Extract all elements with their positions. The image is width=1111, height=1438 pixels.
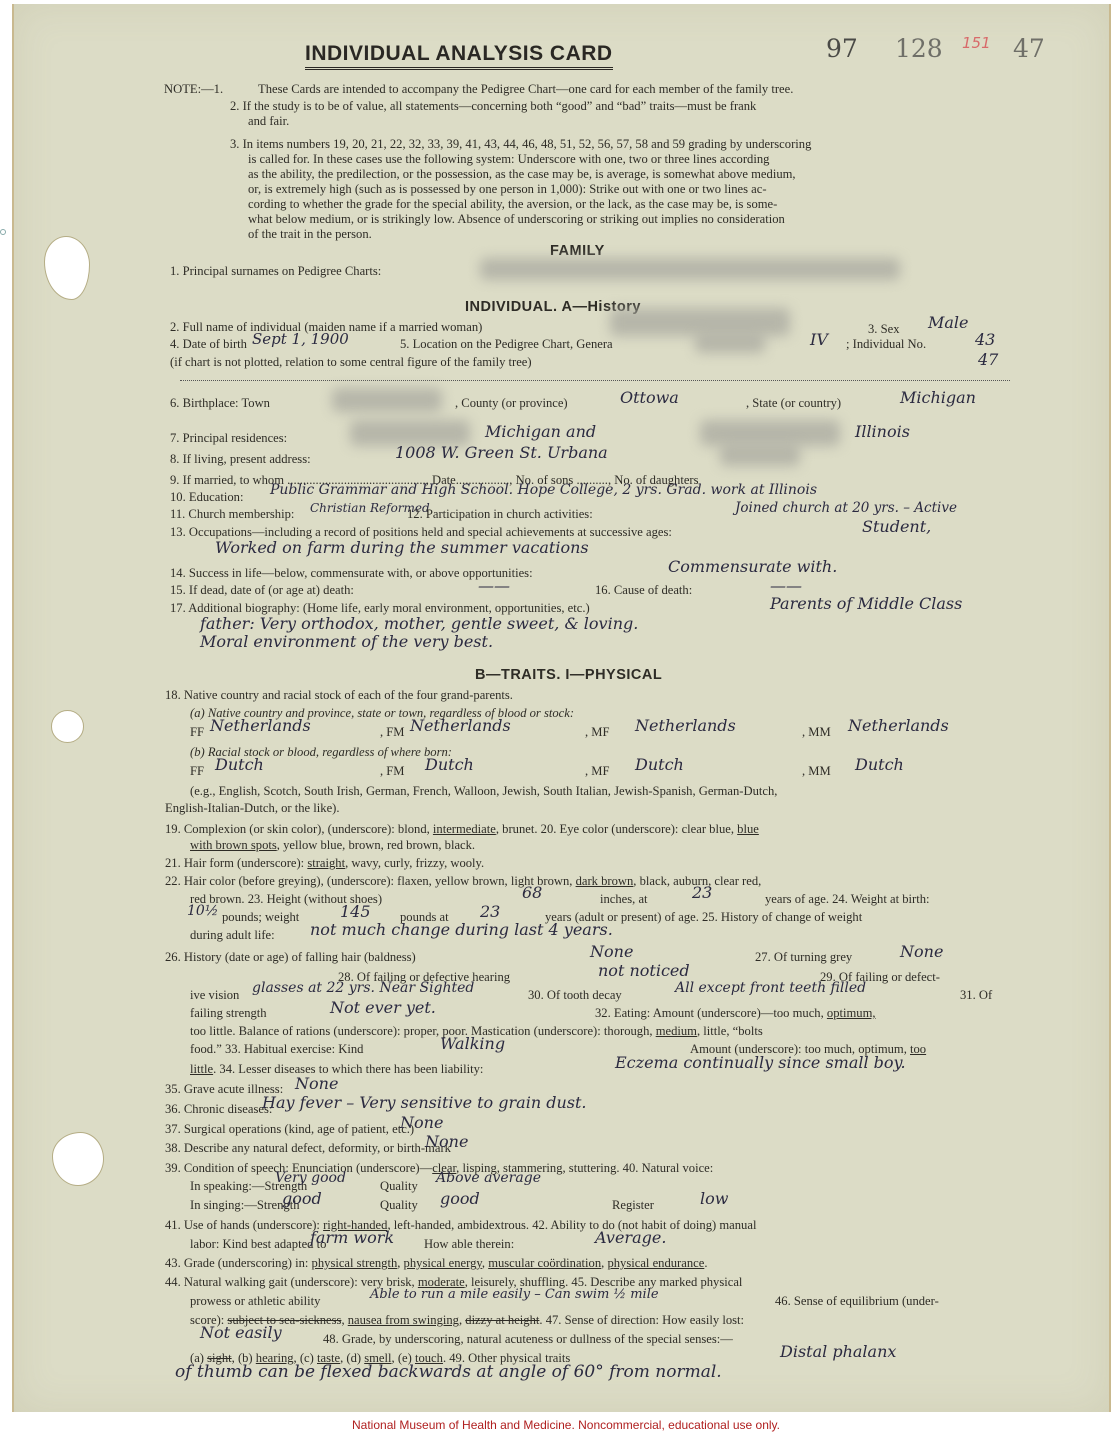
item-45-label: prowess or athletic ability [190,1294,320,1308]
card-title: INDIVIDUAL ANALYSIS CARD [305,42,613,70]
item-1-label: 1. Principal surnames on Pedigree Charts… [170,264,381,278]
stamp-number: 47 [1013,34,1045,63]
chronic-diseases-value: Hay fever – Very sensitive to grain dust… [262,1093,586,1112]
item-6-label: 6. Birthplace: Town [170,396,270,410]
speaking-quality-value: Above average [436,1170,541,1186]
redacted [332,388,442,412]
item-42-label: labor: Kind best adapted to [190,1237,326,1251]
death-date-value: —— [478,576,510,595]
ff-label: FF [190,764,204,778]
height-age-value: 23 [692,883,712,902]
note-3-line: is called for. In these cases use the fo… [248,152,769,166]
church-activities-value: Joined church at 20 yrs. – Active [735,500,957,516]
state-label: , State (or country) [746,396,841,410]
acute-illness-value: None [295,1074,338,1093]
fm-country-value: Netherlands [410,716,511,735]
item-30-label: 30. Of tooth decay [528,988,622,1002]
redacted [480,258,900,280]
item-12-label: 12. Participation in church activities: [407,507,593,521]
section-traits: B—TRAITS. I—PHYSICAL [475,667,662,683]
note-3-line: as the ability, the predilection, or the… [248,167,796,181]
item-7-label: 7. Principal residences: [170,431,287,445]
stamp-number: 128 [895,34,943,63]
note-3-line: or, is extremely high (such as is posses… [248,182,767,196]
cause-of-death-value: —— [770,576,802,595]
biography-value-3: Moral environment of the very best. [200,632,493,651]
item-36-label: 36. Chronic diseases: [165,1102,272,1116]
item-21-line: 21. Hair form (underscore): straight, wa… [165,856,484,870]
mf-stock-value: Dutch [635,755,684,774]
note-label: NOTE:—1. [164,82,223,96]
item-22-line: 22. Hair color (before greying), (unders… [165,874,761,888]
other-traits-value: Distal phalanx [780,1342,896,1361]
county-value: Ottowa [620,388,679,407]
singing-quality-value: good [440,1189,480,1208]
item-20-line: with brown spots, yellow blue, brown, re… [190,838,475,852]
item-5b-label: (if chart is not plotted, relation to so… [170,355,532,369]
item-17-label: 17. Additional biography: (Home life, ea… [170,601,590,615]
note-3: 3. In items numbers 19, 20, 21, 22, 32, … [230,137,811,151]
punch-hole [51,710,84,743]
item-11-label: 11. Church membership: [170,507,294,521]
singing-quality-label: Quality [380,1198,418,1212]
item-18-examples: (e.g., English, Scotch, South Irish, Ger… [190,784,777,798]
redacted [700,420,840,446]
redacted [720,444,800,466]
note-3-line: cording to whether the grade for the spe… [248,197,777,211]
vision-value: glasses at 22 yrs. Near Sighted [252,980,474,996]
height-value: 68 [522,883,542,902]
how-able-label: How able therein: [424,1237,514,1251]
vision-label: ive vision [190,988,239,1002]
biography-value-2: father: Very orthodox, mother, gentle sw… [200,614,638,633]
sex-value: Male [928,313,969,332]
surgery-value: None [400,1113,443,1132]
direction-value: Not easily [200,1323,282,1342]
athletic-ability-value: Able to run a mile easily – Can swim ½ m… [370,1287,659,1302]
success-value: Commensurate with. [668,557,837,576]
item-41-line: 41. Use of hands (underscore): right-han… [165,1218,756,1232]
birth-weight-value: 10½ [187,903,218,919]
item-13-label: 13. Occupations—including a record of po… [170,525,672,539]
fm-stock-value: Dutch [425,755,474,774]
state-value: Michigan [900,388,976,407]
item-8-label: 8. If living, present address: [170,452,311,466]
singing-strength-value: good [282,1189,322,1208]
adult-life-label: during adult life: [190,928,275,942]
mm-label: , MM [802,725,831,739]
item-5-label: 5. Location on the Pedigree Chart, Gener… [400,337,613,351]
note-1: These Cards are intended to accompany th… [258,82,793,96]
section-family: FAMILY [550,243,605,259]
note-3-line: of the trait in the person. [248,227,372,241]
item-38-label: 38. Describe any natural defect, deformi… [165,1141,451,1155]
speaking-strength-value: Very good [275,1170,346,1186]
punch-hole [44,236,90,300]
stamp-number: 97 [826,34,858,63]
footer-credit: National Museum of Health and Medicine. … [352,1418,780,1432]
fm-label: , FM [380,725,405,739]
fm-label: , FM [380,764,405,778]
county-label: , County (or province) [455,396,568,410]
occupation-value-2: Worked on farm during the summer vacatio… [215,538,589,557]
note-2-cont: and fair. [248,114,289,128]
speaking-quality-label: Quality [380,1179,418,1193]
mf-label: , MF [585,764,610,778]
defect-value: None [425,1132,468,1151]
item-24-label: years of age. 24. Weight at birth: [765,892,930,906]
blank-line [180,380,1010,381]
item-18-label: 18. Native country and racial stock of e… [165,688,513,702]
item-26-label: 26. History (date or age) of falling hai… [165,950,416,964]
individual-no-value: 43 [975,330,995,349]
item-18-examples-2: English-Italian-Dutch, or the like). [165,801,340,815]
residence-value: Michigan and [485,422,596,441]
baldness-value: None [590,942,633,961]
item-32-line: 32. Eating: Amount (underscore)—too much… [595,1006,876,1020]
item-19-line: 19. Complexion (or skin color), (undersc… [165,822,759,836]
birth-date-value: Sept 1, 1900 [252,330,349,348]
ff-label: FF [190,725,204,739]
weight-value: 145 [340,902,371,921]
mf-country-value: Netherlands [635,716,736,735]
residence-value: Illinois [855,422,910,441]
mf-label: , MF [585,725,610,739]
lesser-diseases-value: Eczema continually since small boy. [615,1053,906,1072]
item-46-label: 46. Sense of equilibrium (under- [775,1294,939,1308]
address-value: 1008 W. Green St. Urbana [395,443,608,462]
education-value: Public Grammar and High School. Hope Col… [270,482,817,498]
labor-kind-value: farm work [310,1228,394,1247]
exercise-value: Walking [440,1034,505,1053]
item-16-label: 16. Cause of death: [595,583,692,597]
mm-country-value: Netherlands [848,716,949,735]
pounds-label: pounds; weight [222,910,299,924]
register-value: low [700,1189,728,1208]
how-able-value: Average. [595,1228,666,1247]
individual-no-label: ; Individual No. [846,337,926,351]
item-10-label: 10. Education: [170,490,243,504]
redacted [610,308,790,336]
tooth-decay-value: All except front teeth filled [675,980,866,996]
mm-label: , MM [802,764,831,778]
punch-hole [52,1132,104,1186]
item-33-label: food.” 33. Habitual exercise: Kind [190,1042,363,1056]
item-37-label: 37. Surgical operations (kind, age of pa… [165,1122,414,1136]
relation-value: 47 [978,350,998,369]
grey-value: None [900,942,943,961]
item-4-label: 4. Date of birth [170,337,247,351]
item-27-label: 27. Of turning grey [755,950,852,964]
biography-value: Parents of Middle Class [770,594,962,613]
other-traits-value-2: of thumb can be flexed backwards at angl… [175,1362,722,1382]
margin-mark [0,229,6,235]
failing-strength-label: failing strength [190,1006,267,1020]
occupation-value: Student, [862,517,931,536]
weight-change-value: not much change during last 4 years. [310,920,613,939]
redacted [695,333,765,353]
note-2: 2. If the study is to be of value, all s… [230,99,756,113]
red-number: 151 [962,34,991,52]
item-3-label: 3. Sex [868,322,899,336]
strength-value: Not ever yet. [330,998,436,1017]
generation-value: IV [810,330,828,349]
weight-age-value: 23 [480,902,500,921]
item-43-line: 43. Grade (underscoring) in: physical st… [165,1256,707,1270]
note-3-line: what below medium, or is strikingly low.… [248,212,785,226]
item-15-label: 15. If dead, date of (or age at) death: [170,583,354,597]
ff-stock-value: Dutch [215,755,264,774]
item-48-label: 48. Grade, by underscoring, natural acut… [323,1332,733,1346]
item-31-label: 31. Of [960,988,992,1002]
hearing-value: not noticed [598,961,690,980]
mm-stock-value: Dutch [855,755,904,774]
ff-country-value: Netherlands [210,716,311,735]
inches-label: inches, at [600,892,648,906]
register-label: Register [612,1198,654,1212]
